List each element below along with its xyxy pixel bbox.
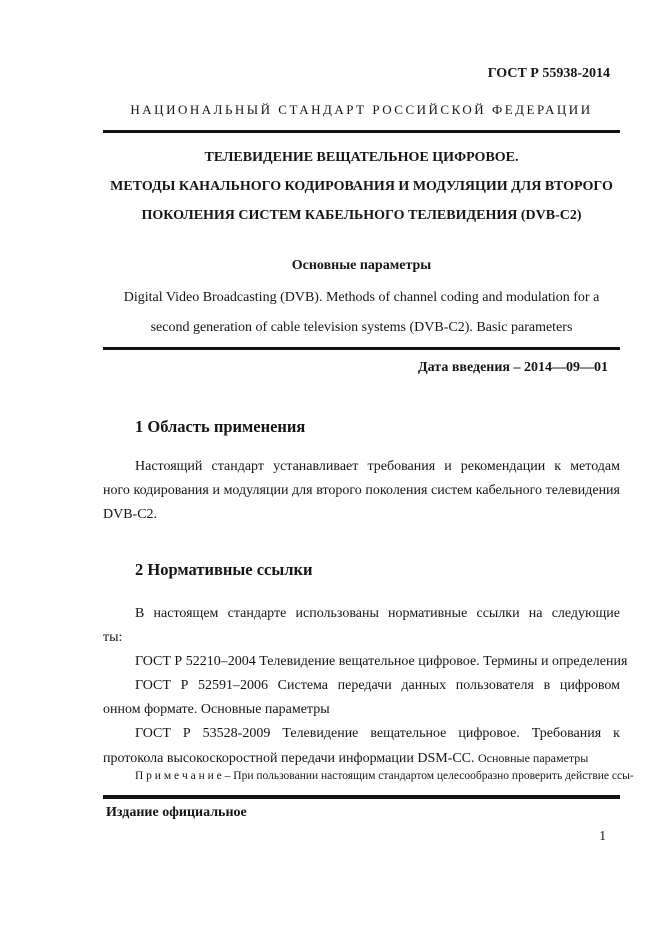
section-2-heading: 2 Нормативные ссылки [103,559,620,581]
reference-small-suffix: Основные параметры [478,751,588,765]
reference-item: ГОСТ Р 52591–2006 Система передачи данны… [103,674,620,698]
page-number: 1 [103,828,620,844]
section-2-intro-line: ты: [103,626,620,650]
title-rule [103,347,620,350]
introduction-date: Дата введения – 2014—09—01 [103,359,620,377]
reference-item: ГОСТ Р 52210–2004 Телевидение вещательно… [103,650,620,674]
reference-item: ГОСТ Р 53528-2009 Телевидение вещательно… [103,722,620,746]
doc-title-en-line: second generation of cable television sy… [103,313,620,343]
official-edition-label: Издание официальное [103,804,620,822]
note-text: П р и м е ч а н и е – При пользовании на… [103,768,620,784]
section-2-intro-line: В настоящем стандарте использованы норма… [103,602,620,626]
reference-text: протокола высокоскоростной передачи инфо… [103,751,478,766]
paragraph-line: Настоящий стандарт устанавливает требова… [103,455,620,479]
document-page: ГОСТ Р 55938-2014 НАЦИОНАЛЬНЫЙ СТАНДАРТ … [0,0,661,935]
section-1-heading: 1 Область применения [103,416,620,438]
header-rule [103,130,620,133]
section-2-body: В настоящем стандарте использованы норма… [103,602,620,770]
paragraph-line: DVB-C2. [103,503,620,527]
standard-type-banner: НАЦИОНАЛЬНЫЙ СТАНДАРТ РОССИЙСКОЙ ФЕДЕРАЦ… [103,102,620,118]
doc-title-ru: ТЕЛЕВИДЕНИЕ ВЕЩАТЕЛЬНОЕ ЦИФРОВОЕ. МЕТОДЫ… [103,143,620,230]
reference-item-continuation: онном формате. Основные параметры [103,698,620,722]
doc-subtitle: Основные параметры [103,255,620,277]
section-1-paragraph: Настоящий стандарт устанавливает требова… [103,455,620,527]
paragraph-line: ного кодирования и модуляции для второго… [103,479,620,503]
doc-title-ru-line: ПОКОЛЕНИЯ СИСТЕМ КАБЕЛЬНОГО ТЕЛЕВИДЕНИЯ … [103,201,620,230]
doc-title-en: Digital Video Broadcasting (DVB). Method… [103,283,620,343]
doc-title-ru-line: ТЕЛЕВИДЕНИЕ ВЕЩАТЕЛЬНОЕ ЦИФРОВОЕ. [103,143,620,172]
reference-item-continuation: протокола высокоскоростной передачи инфо… [103,746,620,770]
doc-number: ГОСТ Р 55938-2014 [103,66,620,82]
doc-title-ru-line: МЕТОДЫ КАНАЛЬНОГО КОДИРОВАНИЯ И МОДУЛЯЦИ… [103,172,620,201]
doc-title-en-line: Digital Video Broadcasting (DVB). Method… [103,283,620,313]
footer-rule [103,795,620,799]
